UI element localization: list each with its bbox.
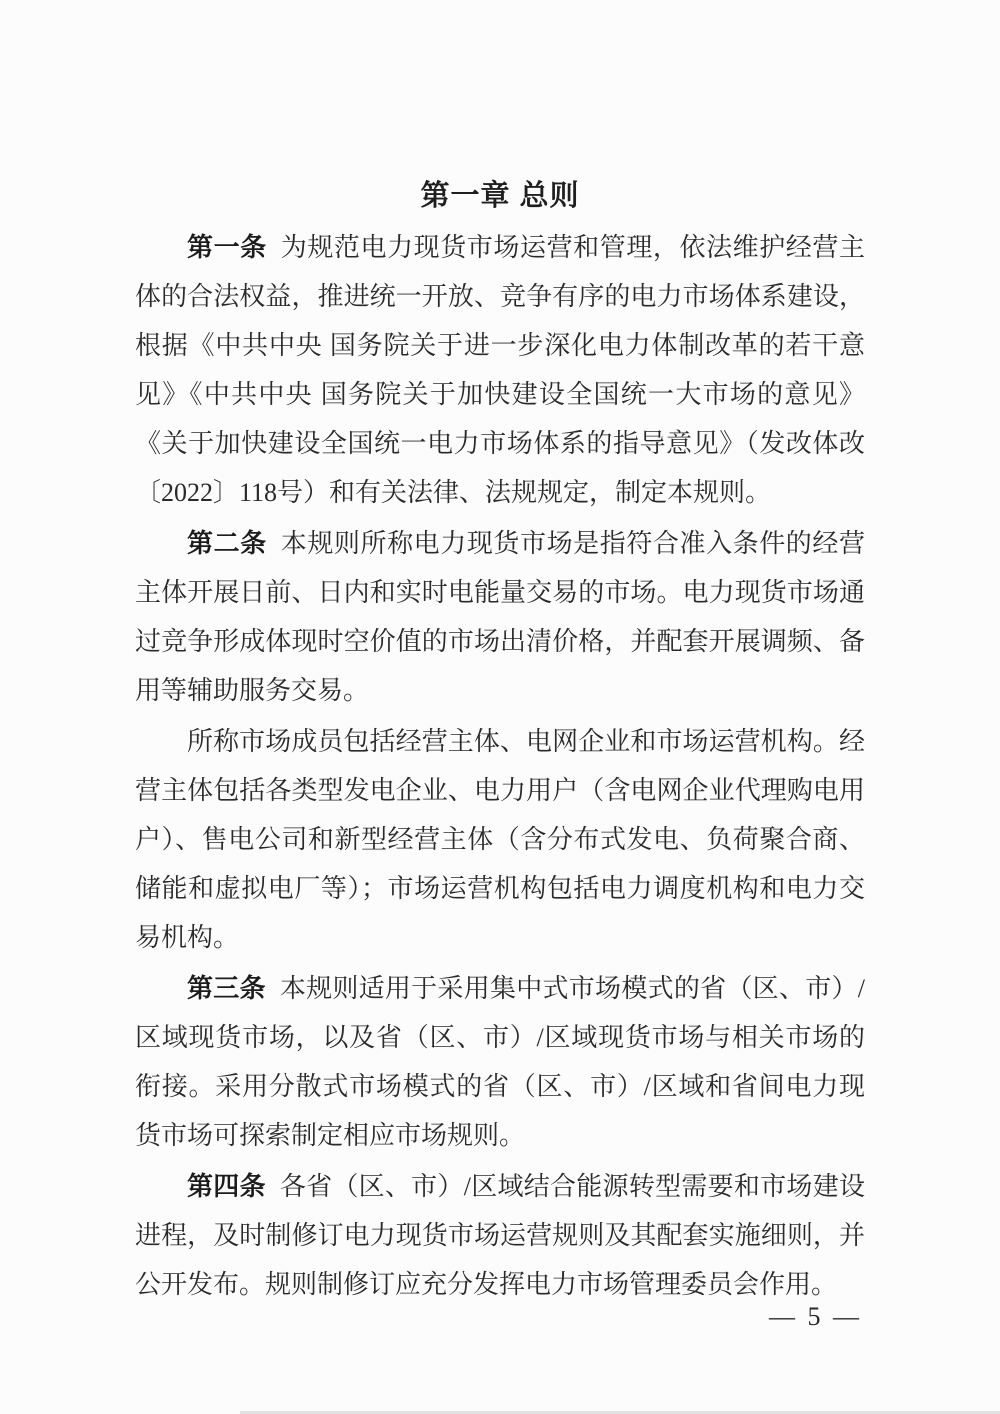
article-paragraph: 第三条本规则适用于采用集中式市场模式的省（区、市）/区域现货市场，以及省（区、市… — [135, 964, 865, 1160]
article-text: 所称市场成员包括经营主体、电网企业和市场运营机构。经营主体包括各类型发电企业、电… — [135, 727, 865, 952]
article-number: 第二条 — [187, 529, 267, 558]
document-page: 第一章 总则 第一条为规范电力现货市场运营和管理，依法维护经营主体的合法权益，推… — [0, 0, 1000, 1414]
page-number: — 5 — — [769, 1297, 862, 1337]
document-content: 第一章 总则 第一条为规范电力现货市场运营和管理，依法维护经营主体的合法权益，推… — [135, 175, 865, 1309]
article-number: 第三条 — [187, 974, 266, 1003]
article-text: 为规范电力现货市场运营和管理，依法维护经营主体的合法权益，推进统一开放、竞争有序… — [135, 233, 865, 507]
article-paragraph: 第四条各省（区、市）/区域结合能源转型需要和市场建设进程，及时制修订电力现货市场… — [135, 1162, 865, 1309]
article-paragraph: 第二条本规则所称电力现货市场是指符合准入条件的经营主体开展日前、日内和实时电能量… — [135, 519, 865, 715]
chapter-title: 第一章 总则 — [135, 175, 865, 217]
article-number: 第一条 — [187, 233, 267, 262]
article-number: 第四条 — [187, 1172, 266, 1201]
article-paragraph: 所称市场成员包括经营主体、电网企业和市场运营机构。经营主体包括各类型发电企业、电… — [135, 717, 865, 962]
article-paragraph: 第一条为规范电力现货市场运营和管理，依法维护经营主体的合法权益，推进统一开放、竞… — [135, 223, 865, 517]
